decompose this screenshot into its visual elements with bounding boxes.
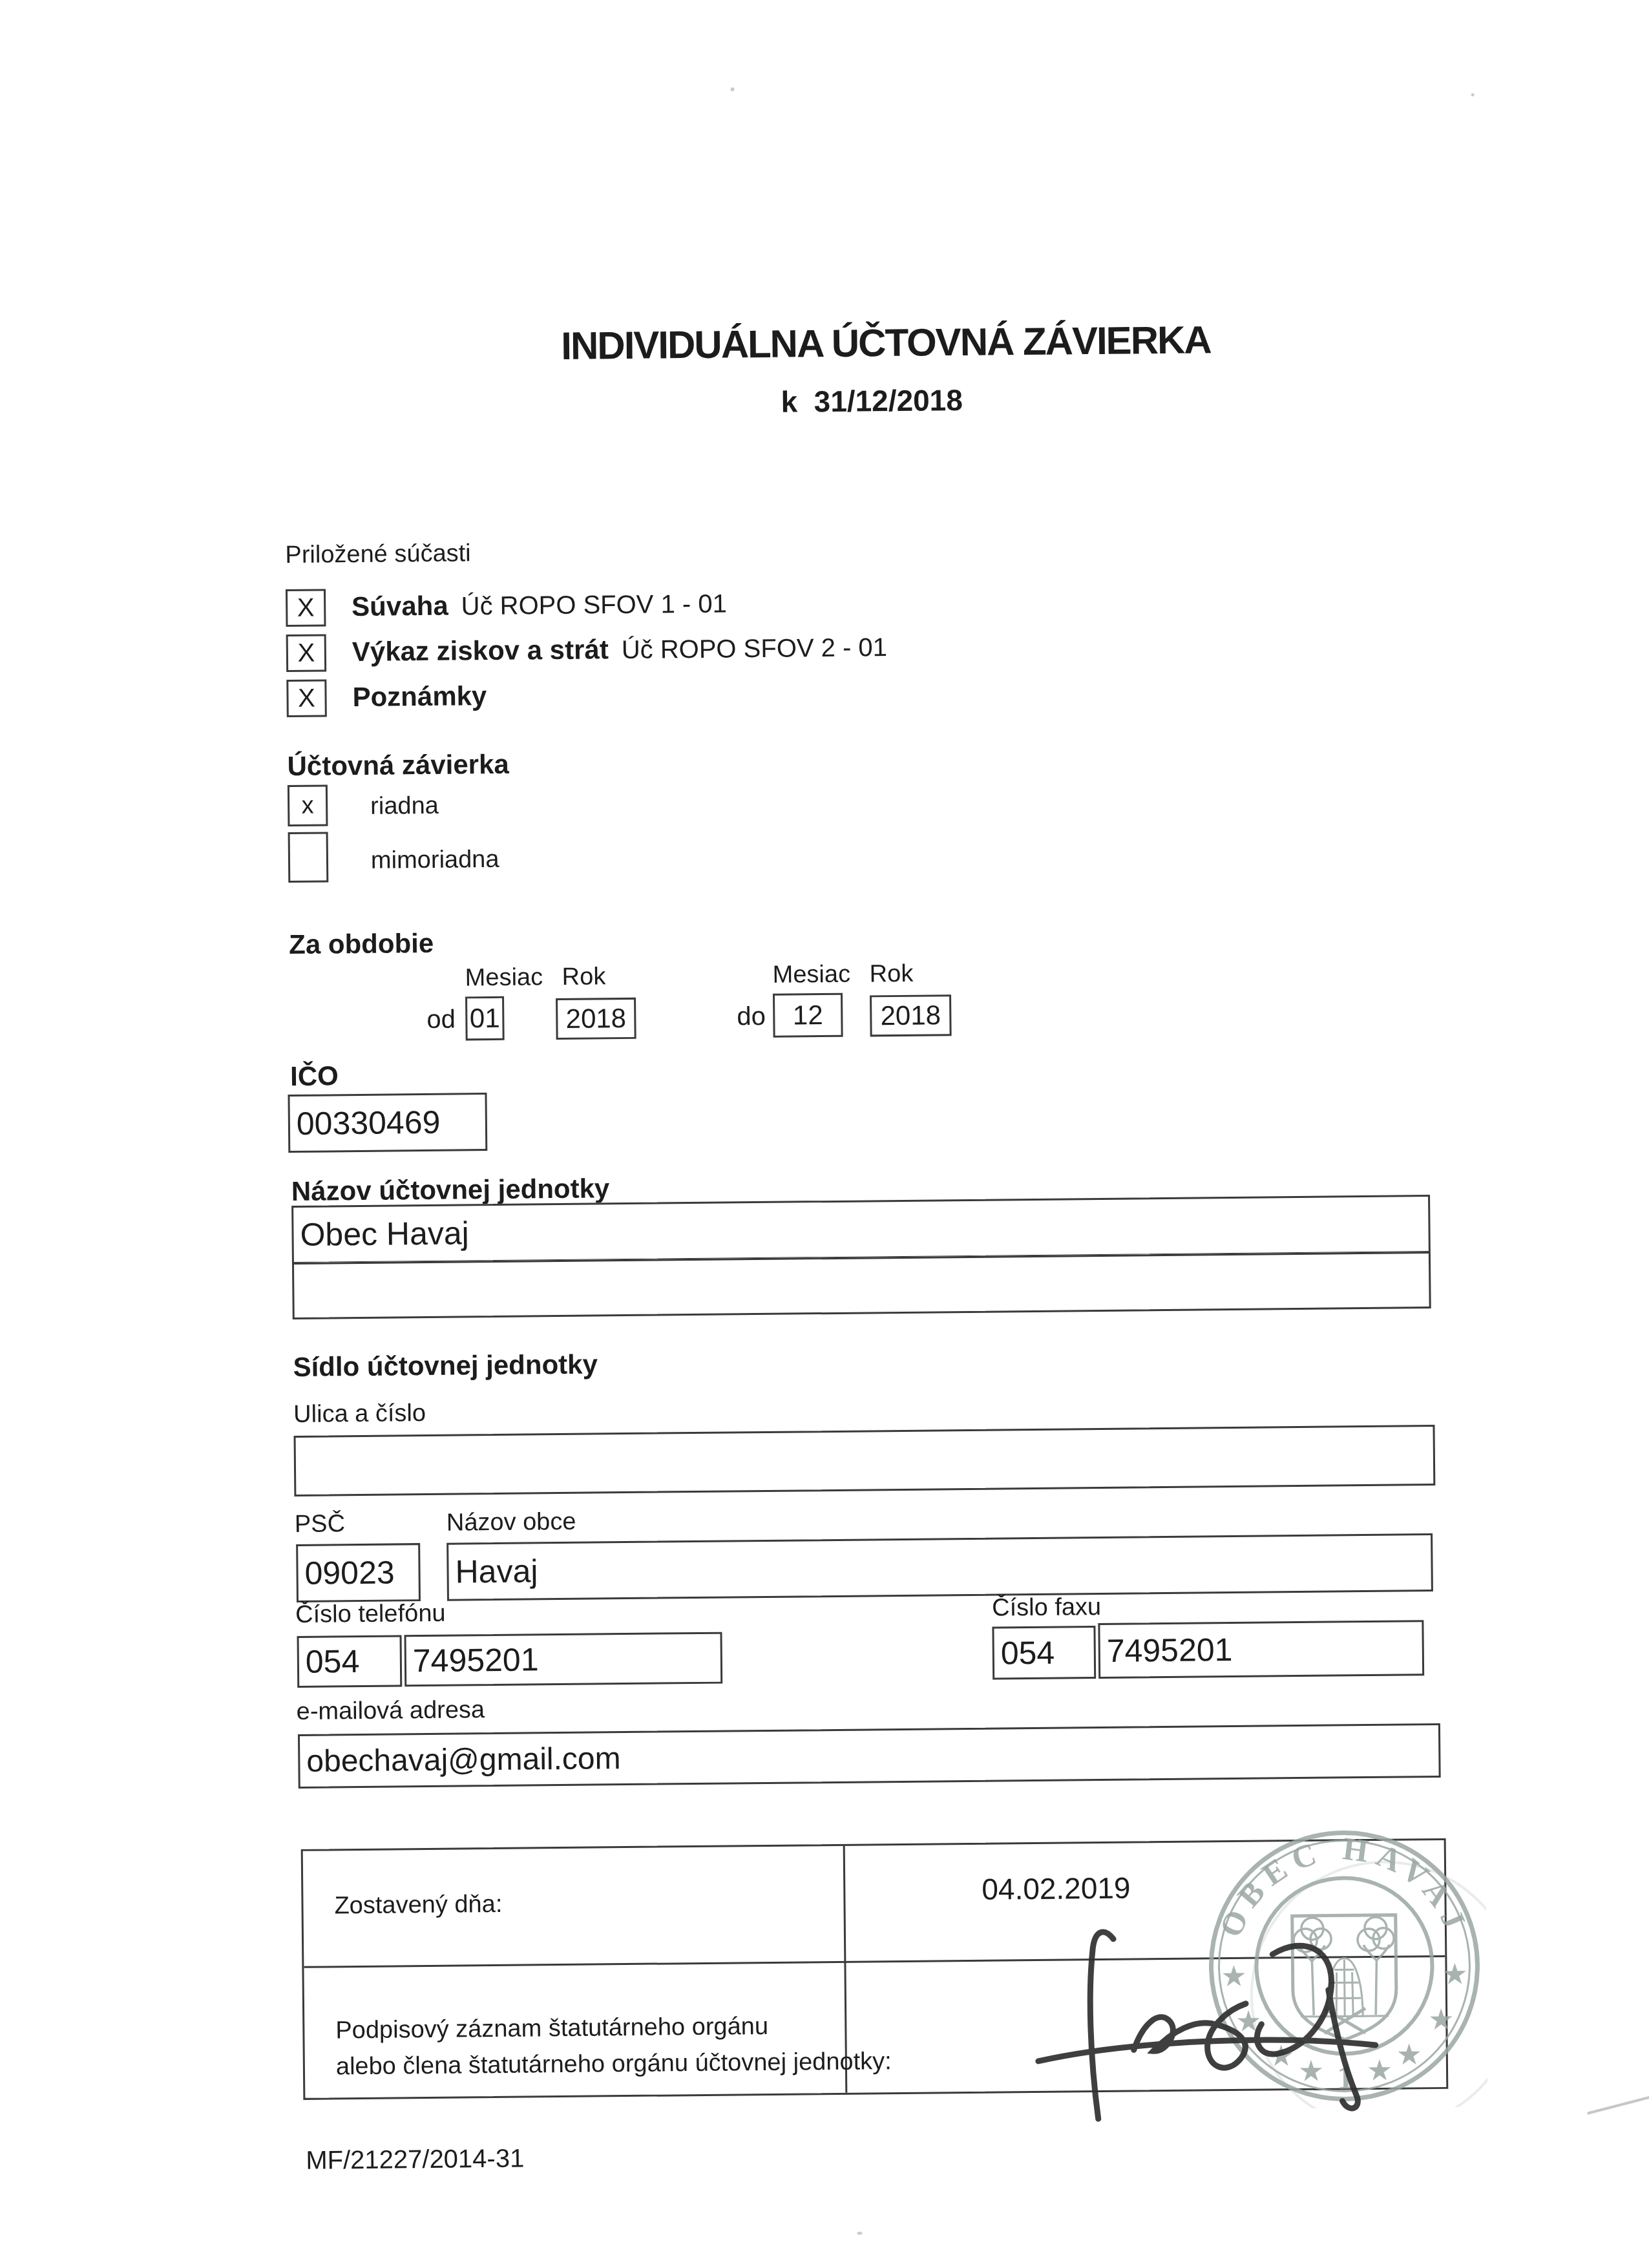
checkbox-riadna[interactable]: x <box>288 784 328 826</box>
fax-number-field[interactable]: 7495201 <box>1098 1620 1424 1679</box>
attachment-label-code: Úč ROPO SFOV 1 - 01 <box>461 589 727 620</box>
attachment-item-poznamky: Poznámky <box>352 680 487 713</box>
form-code: MF/21227/2014-31 <box>306 2145 524 2176</box>
fax-prefix-value: 054 <box>994 1634 1055 1672</box>
statement-type-heading: Účtovná závierka <box>287 749 509 782</box>
address-heading: Sídlo účtovnej jednotky <box>293 1349 598 1383</box>
fax-label: Číslo faxu <box>992 1593 1101 1622</box>
attachments-heading: Priložené súčasti <box>285 540 471 569</box>
attachment-item-suvaha: SúvahaÚč ROPO SFOV 1 - 01 <box>352 587 727 622</box>
attachment-label-bold: Výkaz ziskov a strát <box>352 634 609 667</box>
attachment-label-bold: Poznámky <box>352 680 487 712</box>
phone-number-field[interactable]: 7495201 <box>404 1632 722 1687</box>
page-title: INDIVIDUÁLNA ÚČTOVNÁ ZÁVIERKA <box>561 318 1182 368</box>
city-value: Havaj <box>448 1552 538 1590</box>
zip-label: PSČ <box>295 1510 346 1538</box>
ico-label: IČO <box>290 1060 339 1092</box>
attachment-label-bold: Súvaha <box>352 591 448 622</box>
email-field[interactable]: obechavaj@gmail.com <box>298 1723 1441 1789</box>
zip-value: 09023 <box>298 1553 395 1591</box>
signature-handwriting <box>1013 1911 1428 2128</box>
field-month-to[interactable]: 12 <box>773 993 843 1038</box>
street-label: Ulica a číslo <box>293 1400 426 1429</box>
title-block: INDIVIDUÁLNA ÚČTOVNÁ ZÁVIERKA k 31/12/20… <box>561 318 1182 421</box>
period-heading: Za obdobie <box>289 928 434 960</box>
email-value: obechavaj@gmail.com <box>300 1741 621 1780</box>
checkbox-poznamky[interactable]: X <box>286 679 327 717</box>
label-month-to: Mesiac <box>773 961 851 989</box>
label-do: do <box>737 1002 766 1031</box>
email-label: e-mailová adresa <box>296 1696 485 1726</box>
phone-number-value: 7495201 <box>406 1641 539 1679</box>
ico-field[interactable]: 00330469 <box>288 1093 487 1153</box>
attachment-label-code: Úč ROPO SFOV 2 - 01 <box>622 633 888 664</box>
compiled-date-value: 04.02.2019 <box>982 1871 1131 1907</box>
svg-text:★: ★ <box>1429 2005 1453 2034</box>
fax-number-value: 7495201 <box>1100 1631 1233 1670</box>
scan-speck <box>857 2232 862 2235</box>
month-from-value: 01 <box>467 1003 502 1034</box>
page-subtitle: k 31/12/2018 <box>562 381 1182 421</box>
city-field[interactable]: Havaj <box>446 1533 1433 1601</box>
zip-field[interactable]: 09023 <box>296 1543 421 1602</box>
checkbox-vykaz[interactable]: X <box>286 634 327 672</box>
signature-label-line1: Podpisový záznam štatutárneho orgánu <box>335 2007 891 2048</box>
field-year-from[interactable]: 2018 <box>556 998 636 1040</box>
label-year-to: Rok <box>870 960 914 989</box>
entity-name-label: Názov účtovnej jednotky <box>291 1173 610 1207</box>
street-field[interactable] <box>294 1425 1436 1496</box>
checkbox-mimoriadna[interactable] <box>288 832 329 883</box>
entity-name-field-2[interactable] <box>292 1252 1431 1319</box>
month-to-value: 12 <box>775 1000 841 1031</box>
svg-text:★: ★ <box>1443 1960 1466 1989</box>
label-riadna: riadna <box>370 792 439 821</box>
phone-prefix-field[interactable]: 054 <box>297 1635 403 1688</box>
year-to-value: 2018 <box>872 1000 949 1031</box>
fax-prefix-field[interactable]: 054 <box>992 1626 1096 1680</box>
label-od: od <box>426 1005 456 1034</box>
field-month-from[interactable]: 01 <box>465 996 505 1041</box>
scan-artifact-line <box>1587 2091 1649 2115</box>
label-month-from: Mesiac <box>465 963 543 992</box>
year-from-value: 2018 <box>558 1003 634 1034</box>
compiled-date-label: Zostavený dňa: <box>334 1891 502 1920</box>
attachment-item-vykaz: Výkaz ziskov a strátÚč ROPO SFOV 2 - 01 <box>352 631 888 667</box>
entity-name-value: Obec Havaj <box>293 1214 469 1254</box>
scan-speck <box>731 87 735 91</box>
signature-label-line2: alebo člena štatutárneho orgánu účtovnej… <box>336 2043 892 2084</box>
phone-prefix-value: 054 <box>299 1643 360 1681</box>
phone-label: Číslo telefónu <box>295 1600 446 1629</box>
scanned-form-page: INDIVIDUÁLNA ÚČTOVNÁ ZÁVIERKA k 31/12/20… <box>0 0 1649 2268</box>
checkbox-suvaha[interactable]: X <box>286 589 326 627</box>
ico-value: 00330469 <box>290 1104 441 1142</box>
signature-label: Podpisový záznam štatutárneho orgánu ale… <box>335 2007 892 2084</box>
label-year-from: Rok <box>562 963 606 991</box>
field-year-to[interactable]: 2018 <box>870 994 952 1036</box>
city-label: Názov obce <box>446 1508 576 1537</box>
scan-speck <box>1471 93 1475 96</box>
label-mimoriadna: mimoriadna <box>371 846 499 875</box>
